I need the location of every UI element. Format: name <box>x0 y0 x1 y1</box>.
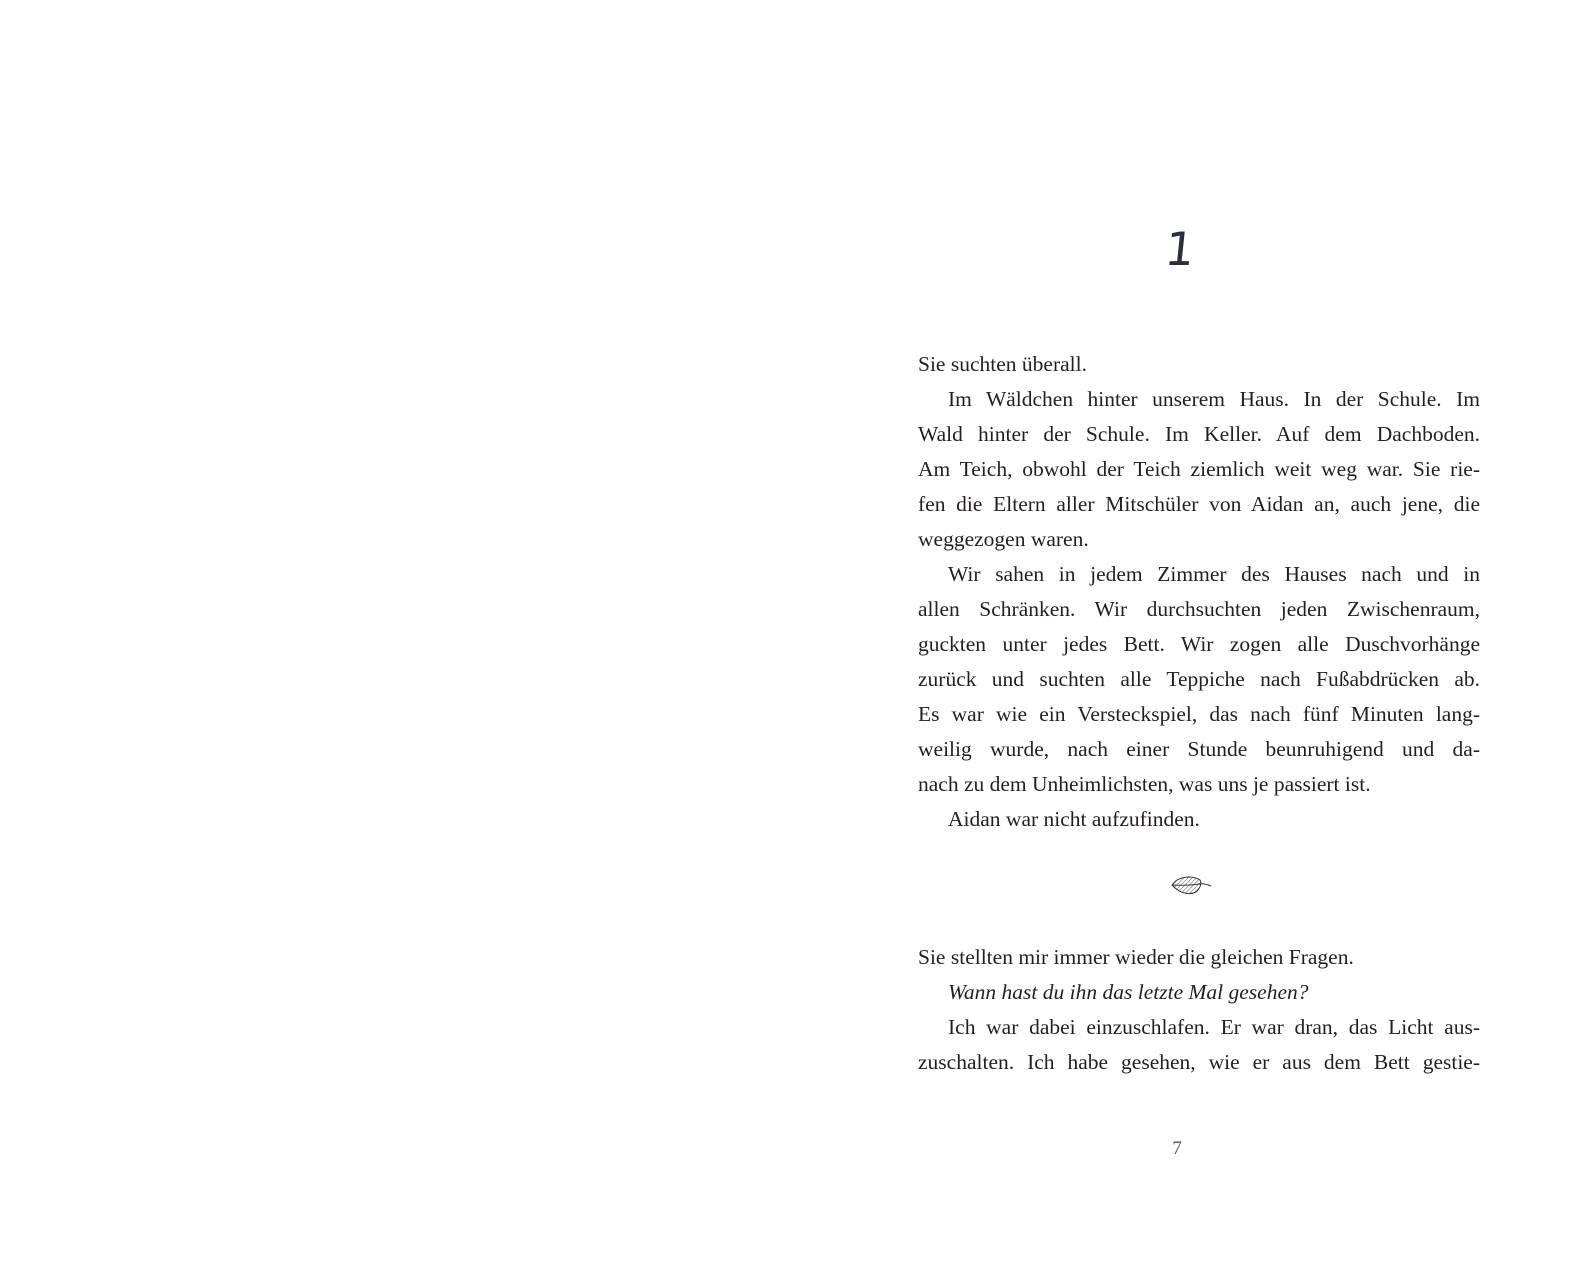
text-line: guckten unter jedes Bett. Wir zogen alle… <box>918 627 1480 662</box>
text-line: Im Wäldchen hinter unserem Haus. In der … <box>918 382 1480 417</box>
page-number: 7 <box>1160 1138 1194 1160</box>
text-line: Wald hinter der Schule. Im Keller. Auf d… <box>918 417 1480 452</box>
text-line: Am Teich, obwohl der Teich ziemlich weit… <box>918 452 1480 487</box>
text-line: weggezogen waren. <box>918 522 1480 557</box>
text-line: Aidan war nicht aufzufinden. <box>918 802 1480 837</box>
text-line: weilig wurde, nach einer Stunde beunruhi… <box>918 732 1480 767</box>
book-spread: 1 Sie suchten überall. Im Wäldchen hinte… <box>0 0 1594 1270</box>
leaf-ornament-icon <box>1168 872 1214 898</box>
text-line: zuschalten. Ich habe gesehen, wie er aus… <box>918 1045 1480 1080</box>
italic-question-line: Wann hast du ihn das letzte Mal gesehen? <box>918 975 1480 1010</box>
text-line: zurück und suchten alle Teppiche nach Fu… <box>918 662 1480 697</box>
text-line: allen Schränken. Wir durchsuchten jeden … <box>918 592 1480 627</box>
text-line: Es war wie ein Versteckspiel, das nach f… <box>918 697 1480 732</box>
chapter-number: 1 <box>1127 222 1233 276</box>
text-line: Sie suchten überall. <box>918 347 1480 382</box>
text-line: nach zu dem Unheimlichsten, was uns je p… <box>918 767 1480 802</box>
section-1-text: Sie suchten überall. Im Wäldchen hinter … <box>918 347 1480 837</box>
text-line: Ich war dabei einzuschlafen. Er war dran… <box>918 1010 1480 1045</box>
text-line: fen die Eltern aller Mitschüler von Aida… <box>918 487 1480 522</box>
text-line: Wir sahen in jedem Zimmer des Hauses nac… <box>918 557 1480 592</box>
left-page-blank <box>0 0 797 1270</box>
section-2-text: Sie stellten mir immer wieder die gleich… <box>918 940 1480 1080</box>
text-line: Sie stellten mir immer wieder die gleich… <box>918 940 1480 975</box>
